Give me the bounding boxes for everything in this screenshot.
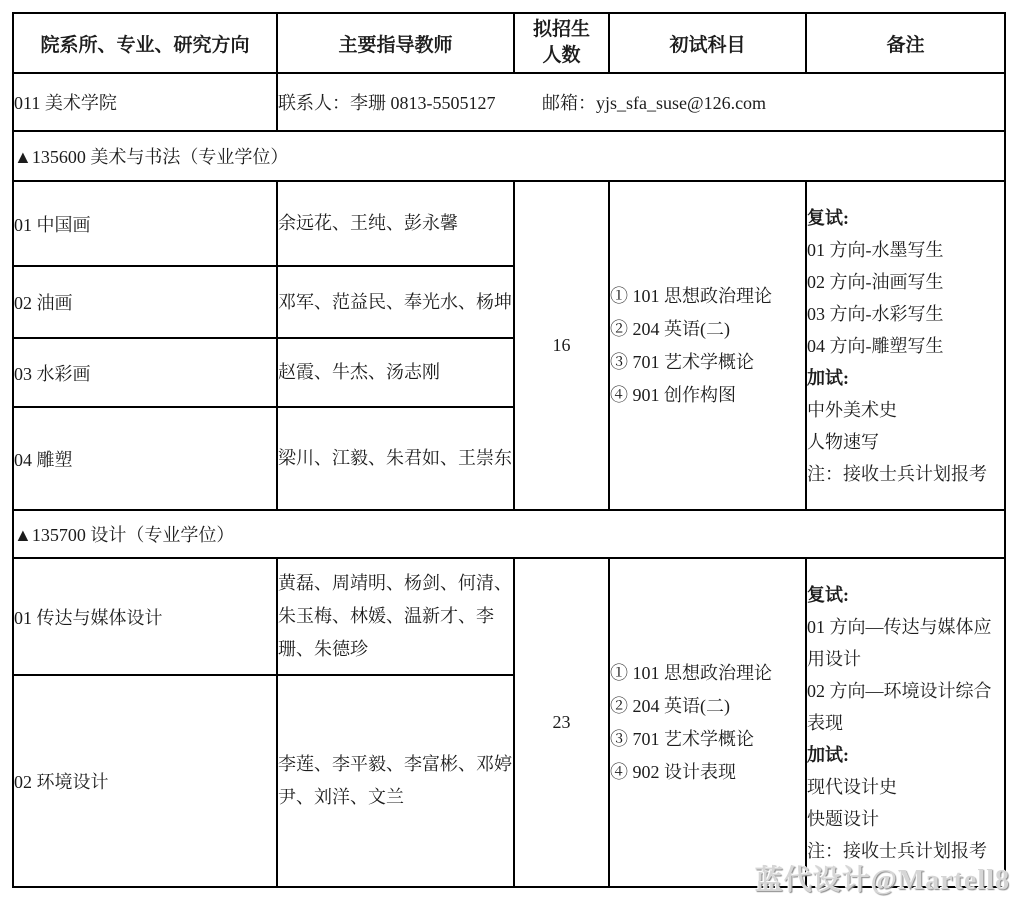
direction-cell: 01 中国画 bbox=[13, 181, 277, 266]
notes-cell: 复试: 01 方向—传达与媒体应用设计 02 方向—环境设计综合表现 加试: 现… bbox=[806, 558, 1005, 887]
college-row: 011 美术学院 联系人：李珊 0813-5505127 邮箱：yjs_sfa_… bbox=[13, 73, 1005, 131]
note-line: 现代设计史 bbox=[807, 771, 1004, 803]
note-line: 加试: bbox=[807, 362, 1004, 394]
note-line: 注：接收士兵计划报考 bbox=[807, 835, 1004, 867]
exam-subjects-cell: ① 101 思想政治理论 ② 204 英语(二) ③ 701 艺术学概论 ④ 9… bbox=[609, 181, 806, 510]
note-line: 02 方向-油画写生 bbox=[807, 266, 1004, 298]
col-header-enrollment: 拟招生人数 bbox=[514, 13, 609, 73]
table-row: 01 中国画 余远花、王纯、彭永馨 16 ① 101 思想政治理论 ② 204 … bbox=[13, 181, 1005, 266]
note-line: 注：接收士兵计划报考 bbox=[807, 458, 1004, 490]
note-line: 复试: bbox=[807, 202, 1004, 234]
note-line: 03 方向-水彩写生 bbox=[807, 298, 1004, 330]
note-line: 01 方向—传达与媒体应用设计 bbox=[807, 611, 1004, 675]
note-line: 02 方向—环境设计综合表现 bbox=[807, 675, 1004, 739]
note-line: 加试: bbox=[807, 739, 1004, 771]
direction-cell: 03 水彩画 bbox=[13, 338, 277, 407]
section-135600-title: ▲135600 美术与书法（专业学位） bbox=[13, 131, 1005, 181]
note-line: 人物速写 bbox=[807, 426, 1004, 458]
exam-subject-line: ④ 902 设计表现 bbox=[610, 756, 805, 789]
note-line: 快题设计 bbox=[807, 803, 1004, 835]
note-line: 复试: bbox=[807, 579, 1004, 611]
exam-subjects-cell: ① 101 思想政治理论 ② 204 英语(二) ③ 701 艺术学概论 ④ 9… bbox=[609, 558, 806, 887]
teachers-cell: 梁川、江毅、朱君如、王崇东 bbox=[277, 407, 514, 510]
enrollment-cell: 16 bbox=[514, 181, 609, 510]
col-header-exams: 初试科目 bbox=[609, 13, 806, 73]
exam-subject-line: ④ 901 创作构图 bbox=[610, 379, 805, 412]
exam-subject-line: ③ 701 艺术学概论 bbox=[610, 346, 805, 379]
page: 院系所、专业、研究方向 主要指导教师 拟招生人数 初试科目 备注 011 美术学… bbox=[0, 0, 1012, 898]
table-row: 01 传达与媒体设计 黄磊、周靖明、杨剑、何清、朱玉梅、林媛、温新才、李珊、朱德… bbox=[13, 558, 1005, 675]
contact-person: 联系人：李珊 0813-5505127 bbox=[278, 93, 496, 113]
exam-subject-line: ③ 701 艺术学概论 bbox=[610, 723, 805, 756]
teachers-cell: 黄磊、周靖明、杨剑、何清、朱玉梅、林媛、温新才、李珊、朱德珍 bbox=[277, 558, 514, 675]
teachers-cell: 赵霞、牛杰、汤志刚 bbox=[277, 338, 514, 407]
col-header-notes: 备注 bbox=[806, 13, 1005, 73]
col-header-advisors: 主要指导教师 bbox=[277, 13, 514, 73]
direction-cell: 02 环境设计 bbox=[13, 675, 277, 887]
teachers-cell: 李莲、李平毅、李富彬、邓婷尹、刘洋、文兰 bbox=[277, 675, 514, 887]
teachers-cell: 余远花、王纯、彭永馨 bbox=[277, 181, 514, 266]
exam-subject-line: ① 101 思想政治理论 bbox=[610, 280, 805, 313]
section-135700-title-row: ▲135700 设计（专业学位） bbox=[13, 510, 1005, 558]
section-135700-title: ▲135700 设计（专业学位） bbox=[13, 510, 1005, 558]
note-line: 01 方向-水墨写生 bbox=[807, 234, 1004, 266]
direction-cell: 02 油画 bbox=[13, 266, 277, 338]
exam-subject-line: ① 101 思想政治理论 bbox=[610, 657, 805, 690]
enrollment-cell: 23 bbox=[514, 558, 609, 887]
notes-cell: 复试: 01 方向-水墨写生 02 方向-油画写生 03 方向-水彩写生 04 … bbox=[806, 181, 1005, 510]
col-header-department: 院系所、专业、研究方向 bbox=[13, 13, 277, 73]
note-line: 04 方向-雕塑写生 bbox=[807, 330, 1004, 362]
direction-cell: 01 传达与媒体设计 bbox=[13, 558, 277, 675]
col-header-enrollment-label: 拟招生人数 bbox=[530, 17, 594, 69]
college-contact-cell: 联系人：李珊 0813-5505127 邮箱：yjs_sfa_suse@126.… bbox=[277, 73, 1005, 131]
direction-cell: 04 雕塑 bbox=[13, 407, 277, 510]
exam-subject-line: ② 204 英语(二) bbox=[610, 313, 805, 346]
note-line: 中外美术史 bbox=[807, 394, 1004, 426]
exam-subject-line: ② 204 英语(二) bbox=[610, 690, 805, 723]
header-row: 院系所、专业、研究方向 主要指导教师 拟招生人数 初试科目 备注 bbox=[13, 13, 1005, 73]
contact-email: 邮箱：yjs_sfa_suse@126.com bbox=[542, 93, 766, 113]
section-135600-title-row: ▲135600 美术与书法（专业学位） bbox=[13, 131, 1005, 181]
teachers-cell: 邓军、范益民、奉光水、杨坤 bbox=[277, 266, 514, 338]
college-name: 011 美术学院 bbox=[13, 73, 277, 131]
admissions-table: 院系所、专业、研究方向 主要指导教师 拟招生人数 初试科目 备注 011 美术学… bbox=[12, 12, 1006, 888]
